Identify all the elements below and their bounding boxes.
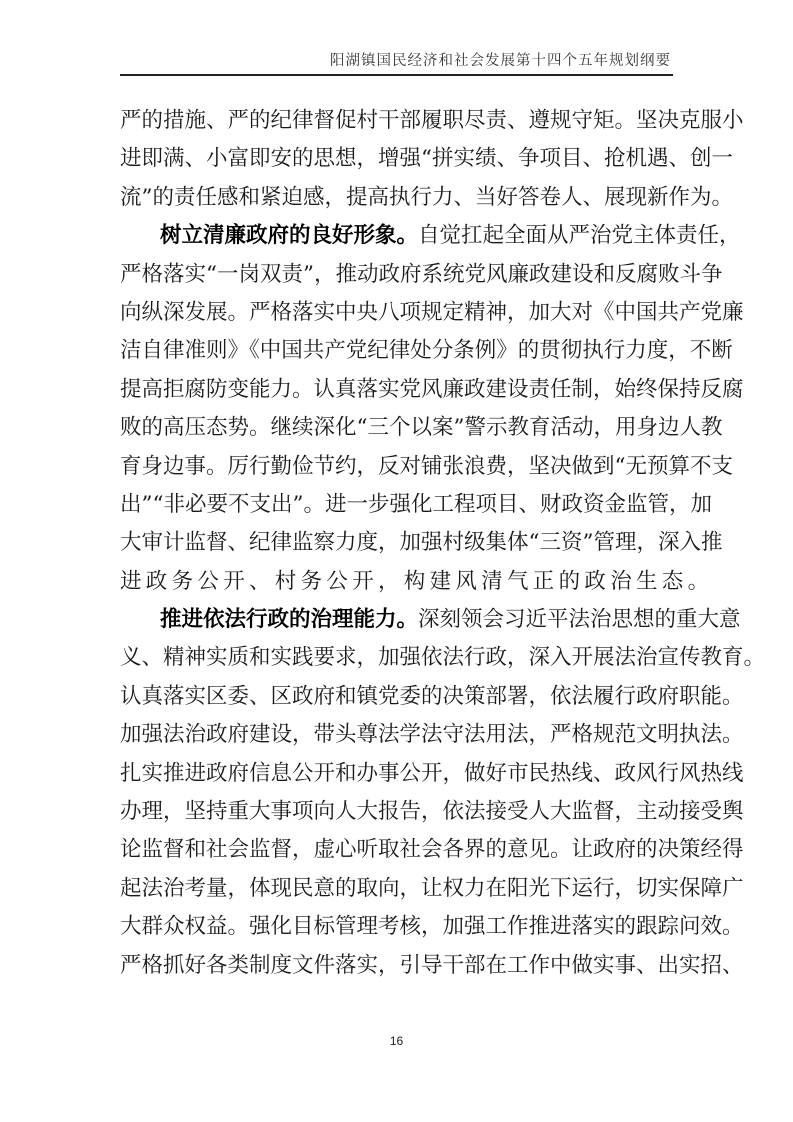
- text-line: 洁自律准则》《中国共产党纪律处分条例》的贯彻执行力度，不断: [120, 334, 670, 372]
- text-line: 进政务公开、村务公开，构建风清气正的政治生态。: [120, 565, 670, 603]
- text-line: 败的高压态势。继续深化“三个以案”警示教育活动，用身边人教: [120, 411, 670, 449]
- text-line: 进即满、小富即安的思想，增强“拼实绩、争项目、抢机遇、创一: [120, 142, 670, 180]
- text-line: 严格落实“一岗双责”，推动政府系统党风廉政建设和反腐败斗争: [120, 258, 670, 296]
- body-text: 严的措施、严的纪律督促村干部履职尽责、遵规守矩。坚决克服小 进即满、小富即安的思…: [120, 104, 670, 987]
- text-run: 深刻领会习近平法治思想的重大意: [418, 607, 741, 632]
- page-number: 16: [0, 1034, 793, 1048]
- text-line: 扎实推进政府信息公开和办事公开，做好市民热线、政风行风热线: [120, 757, 670, 795]
- paragraph-heading: 推进依法行政的治理能力。: [160, 607, 418, 632]
- running-header: 阳湖镇国民经济和社会发展第十四个五年规划纲要: [120, 50, 673, 76]
- text-line: 起法治考量，体现民意的取向，让权力在阳光下运行，切实保障广: [120, 872, 670, 910]
- text-line: 流”的责任感和紧迫感，提高执行力、当好答卷人、展现新作为。: [120, 181, 670, 219]
- paragraph-lead-line: 树立清廉政府的良好形象。自觉扛起全面从严治党主体责任，: [120, 219, 670, 257]
- text-line: 大群众权益。强化目标管理考核，加强工作推进落实的跟踪问效。: [120, 910, 670, 948]
- paragraph-lead-line: 推进依法行政的治理能力。深刻领会习近平法治思想的重大意: [120, 603, 670, 641]
- text-line: 提高拒腐防变能力。认真落实党风廉政建设责任制，始终保持反腐: [120, 373, 670, 411]
- text-line: 认真落实区委、区政府和镇党委的决策部署，依法履行政府职能。: [120, 680, 670, 718]
- text-line: 向纵深发展。严格落实中央八项规定精神，加大对《中国共产党廉: [120, 296, 670, 334]
- text-line: 育身边事。厉行勤俭节约，反对铺张浪费，坚决做到“无预算不支: [120, 450, 670, 488]
- text-line: 加强法治政府建设，带头尊法学法守法用法，严格规范文明执法。: [120, 718, 670, 756]
- text-line: 义、精神实质和实践要求，加强依法行政，深入开展法治宣传教育。: [120, 641, 670, 679]
- text-line: 出”“非必要不支出”。进一步强化工程项目、财政资金监管，加: [120, 488, 670, 526]
- text-line: 严的措施、严的纪律督促村干部履职尽责、遵规守矩。坚决克服小: [120, 104, 670, 142]
- text-line: 办理，坚持重大事项向人大报告，依法接受人大监督，主动接受舆: [120, 795, 670, 833]
- text-line: 严格抓好各类制度文件落实，引导干部在工作中做实事、出实招、: [120, 949, 670, 987]
- text-line: 大审计监督、纪律监察力度，加强村级集体“三资”管理，深入推: [120, 526, 670, 564]
- document-title: 阳湖镇国民经济和社会发展第十四个五年规划纲要: [330, 49, 671, 70]
- text-line: 论监督和社会监督，虚心听取社会各界的意见。让政府的决策经得: [120, 833, 670, 871]
- paragraph-heading: 树立清廉政府的良好形象。: [160, 223, 418, 248]
- text-run: 自觉扛起全面从严治党主体责任，: [418, 223, 741, 248]
